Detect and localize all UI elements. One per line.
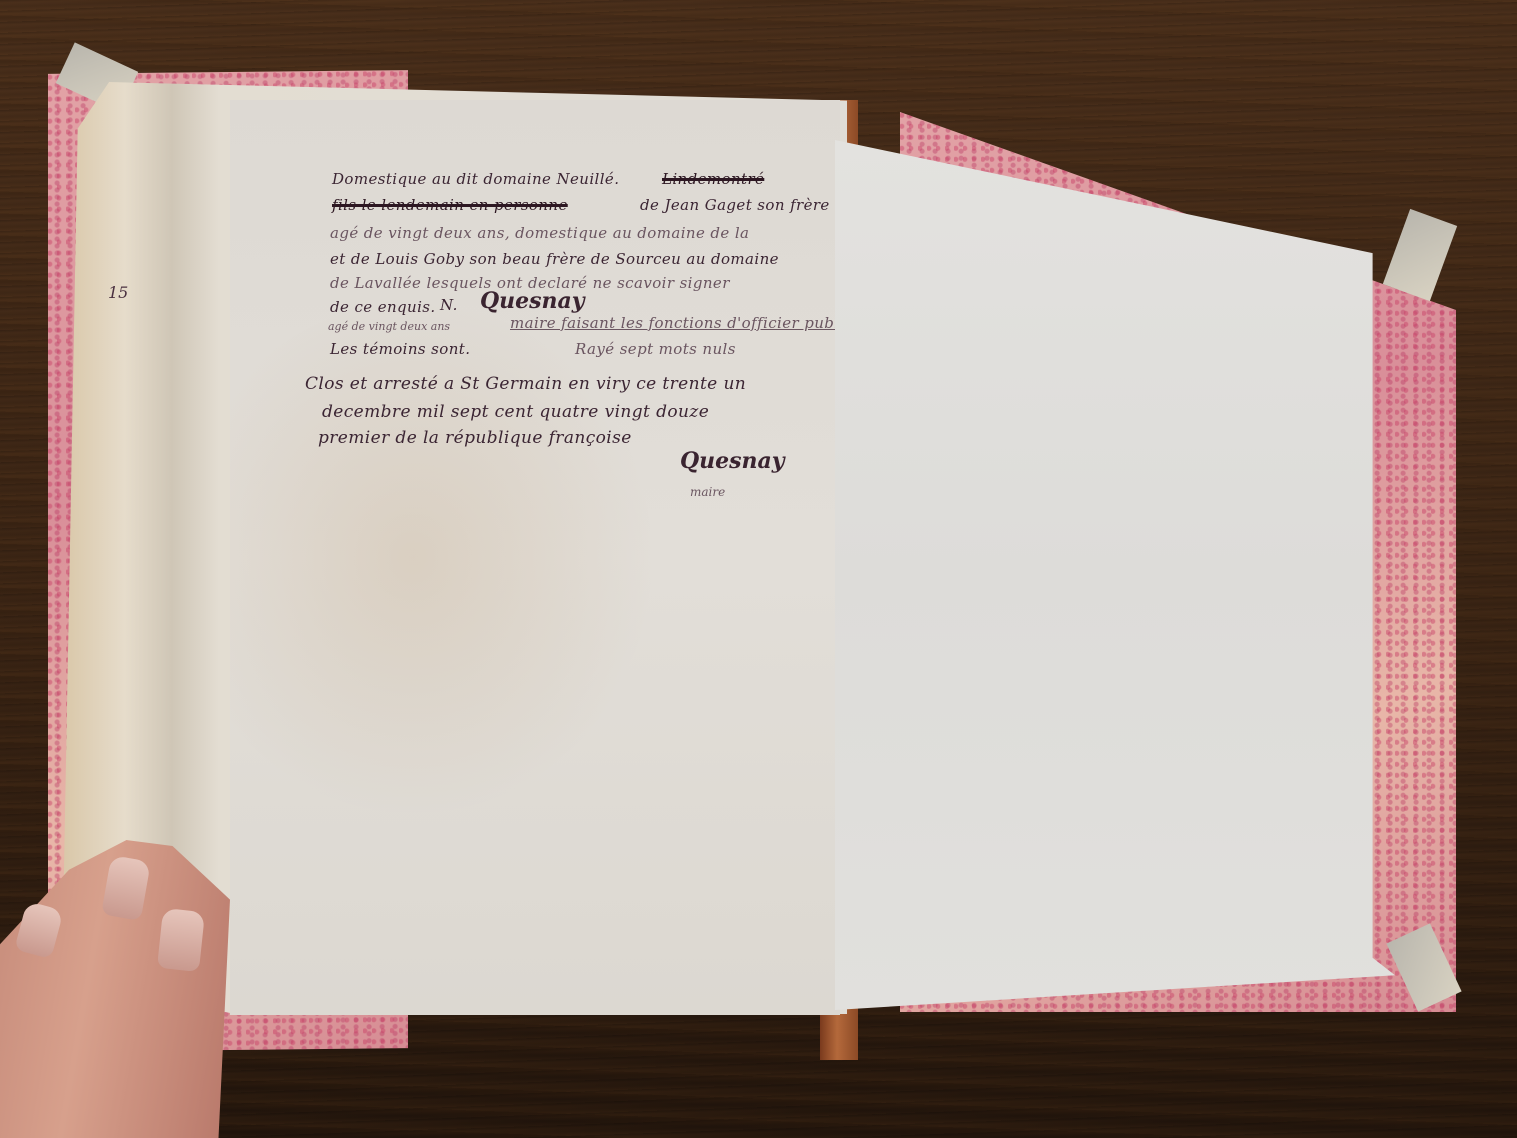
closing-line-2: decembre mil sept cent quatre vingt douz…: [322, 402, 709, 422]
closing-line-1: Clos et arresté a St Germain en viry ce …: [305, 374, 746, 394]
signature-prefix: N.: [440, 296, 458, 314]
closing-line-3: premier de la république françoise: [318, 428, 632, 448]
struck-word-1: Lindemontré: [662, 170, 764, 188]
entry-line-3: agé de vingt deux ans, domestique au dom…: [330, 224, 749, 242]
right-page-blank: [835, 140, 1395, 1010]
insertion-note: agé de vingt deux ans: [328, 320, 450, 333]
signature-title: maire: [690, 485, 725, 499]
margin-page-number: 15: [108, 283, 128, 302]
signature-mayor-2: Quesnay: [680, 448, 785, 474]
witness-note: Les témoins sont.: [330, 340, 470, 358]
tape-top-right: [1383, 209, 1457, 301]
title-line: maire faisant les fonctions d'officier p…: [510, 314, 853, 332]
entry-line-6: de ce enquis.: [330, 298, 436, 316]
entry-line-4: et de Louis Goby son beau frère de Sourc…: [330, 250, 779, 268]
fingernail-2: [157, 908, 205, 972]
entry-line-2: de Jean Gaget son frère: [640, 196, 830, 214]
struck-word-2: fils le lendemain en personne: [332, 196, 568, 214]
erasure-note: Rayé sept mots nuls: [575, 340, 736, 358]
signature-mayor-1: Quesnay: [480, 288, 585, 314]
entry-line-1: Domestique au dit domaine Neuillé.: [332, 170, 619, 188]
